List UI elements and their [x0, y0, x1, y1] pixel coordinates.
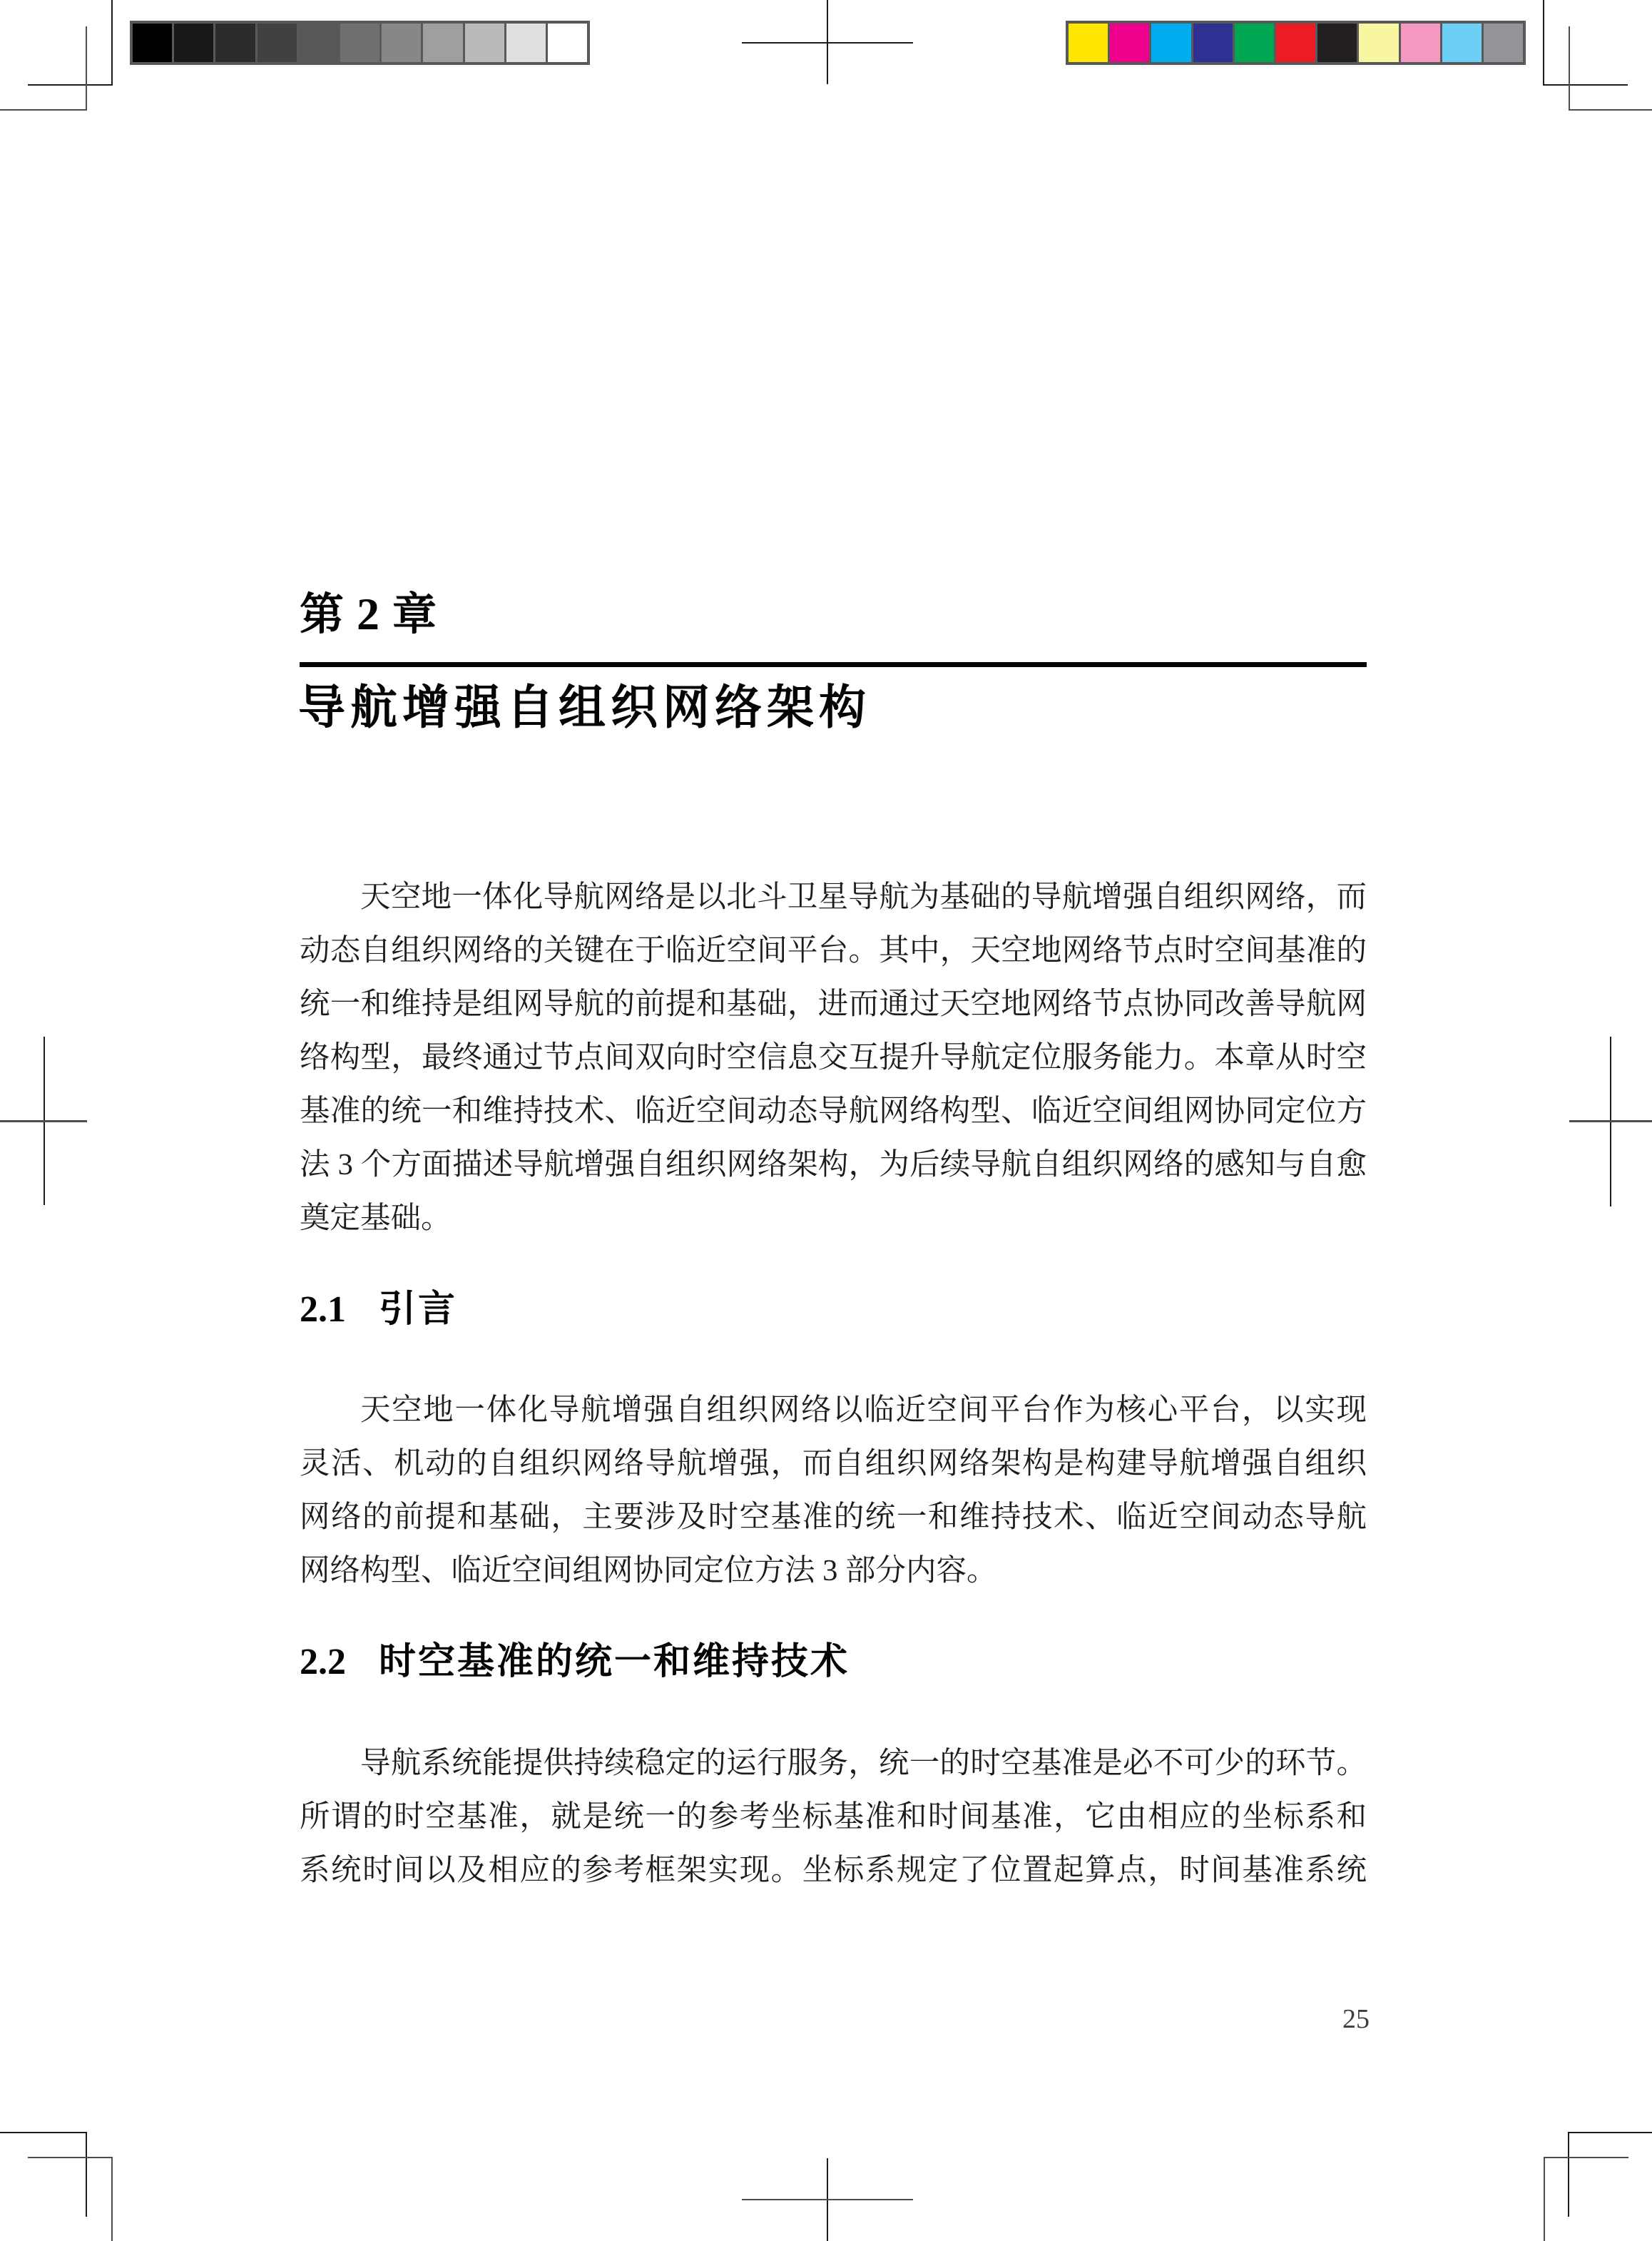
- body-line: 天空地一体化导航增强自组织网络以临近空间平台作为核心平台，以实现: [300, 1383, 1367, 1437]
- body-line: 天空地一体化导航网络是以北斗卫星导航为基础的导航增强自组织网络，而: [300, 870, 1367, 924]
- calibration-swatch: [215, 24, 255, 62]
- registration-cross-right-h: [1569, 1120, 1652, 1122]
- calibration-swatch: [1235, 24, 1274, 62]
- body-line: 基准的统一和维持技术、临近空间动态导航网络构型、临近空间组网协同定位方: [300, 1084, 1367, 1138]
- calibration-swatch: [1317, 24, 1357, 62]
- crop-mark-bottom-left-outer-v: [111, 2157, 113, 2241]
- calibration-swatch: [1359, 24, 1398, 62]
- crop-mark-top-left-inner-v: [111, 0, 113, 86]
- registration-cross-left-h: [0, 1120, 87, 1122]
- calibration-swatch: [1110, 24, 1149, 62]
- calibration-swatch: [506, 24, 546, 62]
- crop-mark-top-left-outer-v: [86, 26, 87, 111]
- calibration-swatch: [548, 24, 587, 62]
- chapter-suffix: 章: [392, 590, 438, 639]
- section-title: 引言: [379, 1289, 457, 1330]
- crop-mark-bottom-left-inner-h: [0, 2132, 87, 2133]
- body-line: 奠定基础。: [300, 1191, 1367, 1245]
- color-calibration-bar: [1066, 21, 1526, 65]
- intro-paragraph: 天空地一体化导航网络是以北斗卫星导航为基础的导航增强自组织网络，而 动态自组织网…: [300, 870, 1367, 1245]
- body-line: 网络的前提和基础，主要涉及时空基准的统一和维持技术、临近空间动态导航: [300, 1490, 1367, 1544]
- calibration-swatch: [340, 24, 379, 62]
- calibration-swatch: [1151, 24, 1190, 62]
- crop-mark-top-left-outer-h: [0, 109, 87, 111]
- crop-mark-top-right-inner-h: [1543, 84, 1628, 86]
- chapter-divider-rule: [300, 662, 1367, 667]
- chapter-title: 导航增强自组织网络架构: [298, 682, 871, 732]
- calibration-swatch: [1193, 24, 1233, 62]
- page-number: 25: [300, 2003, 1370, 2035]
- chapter-number: 2: [357, 589, 381, 639]
- crop-mark-top-right-outer-v: [1569, 26, 1570, 111]
- body-line: 法 3 个方面描述导航增强自组织网络架构，为后续导航自组织网络的感知与自愈: [300, 1138, 1367, 1191]
- calibration-swatch: [258, 24, 297, 62]
- crop-mark-top-right-outer-h: [1569, 109, 1652, 111]
- crop-mark-bottom-right-inner-h: [1568, 2132, 1652, 2133]
- section-title: 时空基准的统一和维持技术: [379, 1641, 850, 1682]
- body-line: 导航系统能提供持续稳定的运行服务，统一的时空基准是必不可少的环节。: [300, 1737, 1367, 1790]
- body-line: 所谓的时空基准，就是统一的参考坐标基准和时间基准，它由相应的坐标系和: [300, 1790, 1367, 1844]
- calibration-swatch: [174, 24, 213, 62]
- calibration-swatch: [133, 24, 172, 62]
- section-heading-2-1: 2.1引言: [300, 1289, 457, 1330]
- registration-cross-bottom-h: [742, 2199, 913, 2200]
- calibration-swatch: [1069, 24, 1108, 62]
- crop-mark-bottom-right-outer-v: [1544, 2157, 1545, 2241]
- crop-mark-bottom-left-outer-h: [28, 2157, 112, 2158]
- crop-mark-bottom-right-inner-v: [1568, 2132, 1569, 2217]
- section-2-2-paragraph: 导航系统能提供持续稳定的运行服务，统一的时空基准是必不可少的环节。 所谓的时空基…: [300, 1737, 1367, 1897]
- book-page: 第2章 导航增强自组织网络架构 天空地一体化导航网络是以北斗卫星导航为基础的导航…: [0, 0, 1652, 2241]
- calibration-swatch: [1484, 24, 1523, 62]
- section-2-1-paragraph: 天空地一体化导航增强自组织网络以临近空间平台作为核心平台，以实现 灵活、机动的自…: [300, 1383, 1367, 1597]
- crop-mark-bottom-right-outer-h: [1544, 2157, 1628, 2158]
- section-heading-2-2: 2.2时空基准的统一和维持技术: [300, 1641, 850, 1682]
- body-line: 络构型，最终通过节点间双向时空信息交互提升导航定位服务能力。本章从时空: [300, 1031, 1367, 1084]
- crop-mark-top-left-inner-h: [28, 84, 113, 86]
- section-number: 2.2: [300, 1642, 346, 1682]
- calibration-swatch: [1442, 24, 1482, 62]
- body-line: 统一和维持是组网导航的前提和基础，进而通过天空地网络节点协同改善导航网: [300, 977, 1367, 1031]
- calibration-swatch: [1276, 24, 1315, 62]
- body-line: 系统时间以及相应的参考框架实现。坐标系规定了位置起算点，时间基准系统: [300, 1844, 1367, 1897]
- body-line: 灵活、机动的自组织网络导航增强，而自组织网络架构是构建导航增强自组织: [300, 1437, 1367, 1490]
- grayscale-calibration-bar: [130, 21, 590, 65]
- crop-mark-top-right-inner-v: [1543, 0, 1544, 86]
- crop-mark-bottom-left-inner-v: [86, 2132, 87, 2217]
- calibration-swatch: [299, 24, 338, 62]
- registration-cross-top-h: [742, 42, 913, 44]
- body-line: 动态自组织网络的关键在于临近空间平台。其中，天空地网络节点时空间基准的: [300, 924, 1367, 977]
- body-line: 网络构型、临近空间组网协同定位方法 3 部分内容。: [300, 1544, 1367, 1597]
- calibration-swatch: [465, 24, 504, 62]
- calibration-swatch: [382, 24, 421, 62]
- chapter-prefix: 第: [300, 590, 345, 639]
- chapter-heading: 第2章: [300, 591, 438, 638]
- section-number: 2.1: [300, 1289, 346, 1330]
- calibration-swatch: [1401, 24, 1440, 62]
- calibration-swatch: [423, 24, 462, 62]
